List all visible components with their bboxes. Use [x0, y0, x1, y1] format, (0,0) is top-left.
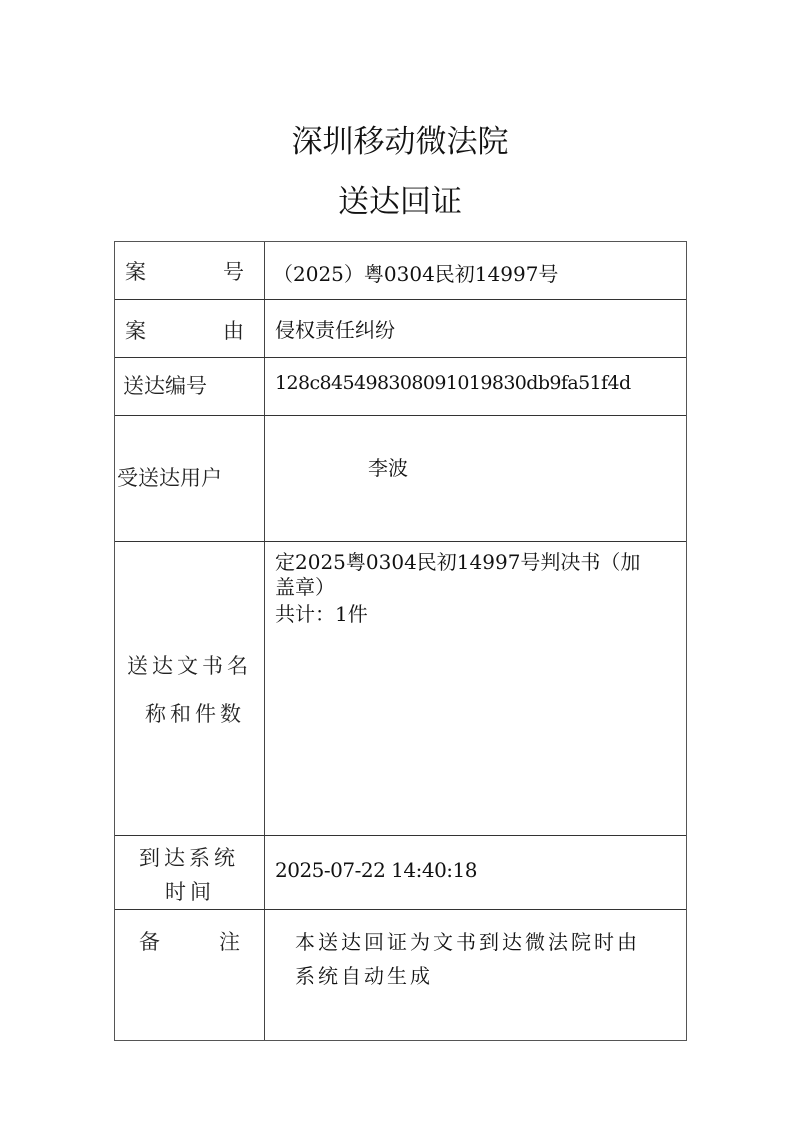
row-case-number: 案 号 （2025）粤0304民初14997号 [115, 242, 686, 300]
document-title: 送达回证 [0, 176, 800, 221]
court-name: 深圳移动微法院 [0, 116, 800, 161]
value-case-number: （2025）粤0304民初14997号 [265, 242, 686, 299]
row-documents: 送达文书名 称和件数 定2025粤0304民初14997号判决书（加 盖章） 共… [115, 542, 686, 836]
value-remarks: 本送达回证为文书到达微法院时由 系统自动生成 [265, 910, 686, 1040]
label-case-number: 案 号 [115, 242, 265, 299]
row-recipient: 受送达用户 李波 [115, 416, 686, 542]
label-service-number: 送达编号 [115, 358, 265, 415]
row-arrival-time: 到达系统 时间 2025-07-22 14:40:18 [115, 836, 686, 910]
value-arrival-time: 2025-07-22 14:40:18 [265, 836, 686, 909]
label-arrival-time: 到达系统 时间 [115, 836, 265, 909]
label-remarks: 备 注 [115, 910, 265, 1040]
row-case-cause: 案 由 侵权责任纠纷 [115, 300, 686, 358]
value-case-cause: 侵权责任纠纷 [265, 300, 686, 357]
row-service-number: 送达编号 128c845498308091019830db9fa51f4d [115, 358, 686, 416]
value-recipient: 李波 [265, 416, 686, 541]
service-receipt-table: 案 号 （2025）粤0304民初14997号 案 由 侵权责任纠纷 送达编号 … [114, 241, 687, 1041]
value-documents: 定2025粤0304民初14997号判决书（加 盖章） 共计：1件 [265, 542, 686, 835]
value-service-number: 128c845498308091019830db9fa51f4d [265, 358, 686, 415]
label-documents: 送达文书名 称和件数 [115, 542, 265, 835]
row-remarks: 备 注 本送达回证为文书到达微法院时由 系统自动生成 [115, 910, 686, 1040]
label-case-cause: 案 由 [115, 300, 265, 357]
label-recipient: 受送达用户 [115, 416, 265, 541]
